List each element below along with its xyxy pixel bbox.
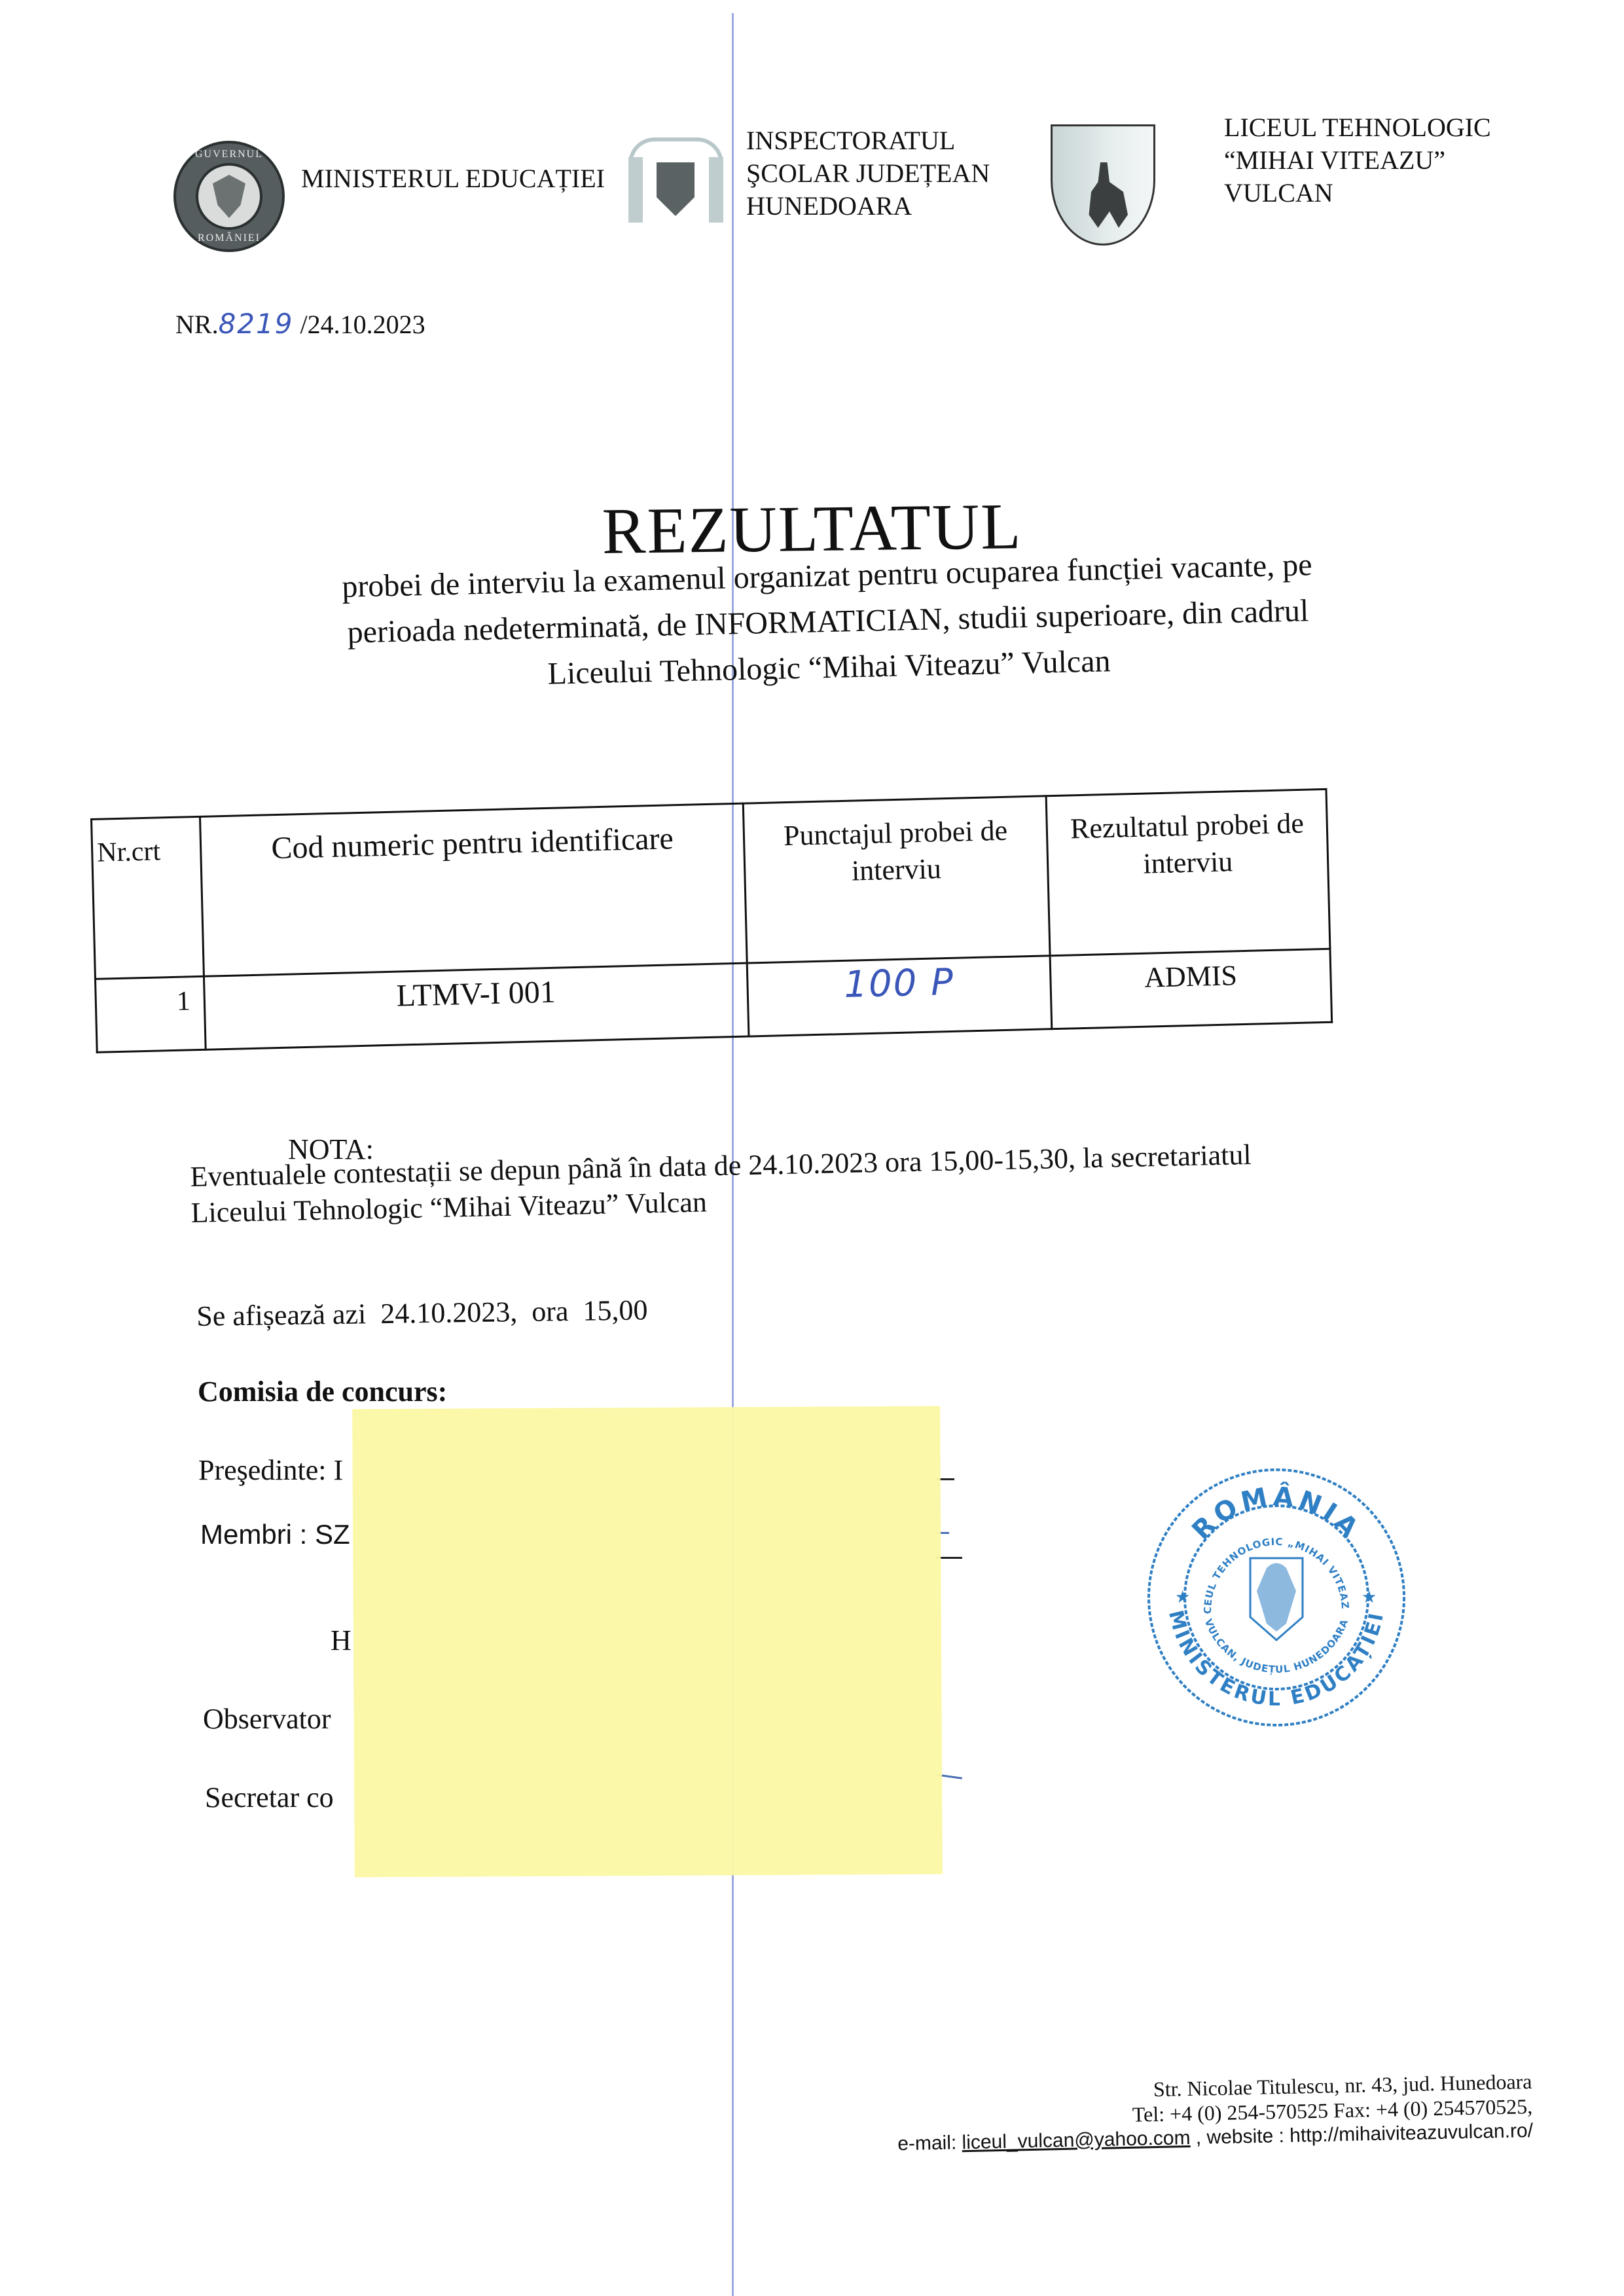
svg-text:★: ★ xyxy=(1362,1588,1377,1607)
nota-text: Eventualele contestații se depun până în… xyxy=(190,1133,1435,1231)
inspectorate-name: INSPECTORATUL ŞCOLAR JUDEȚEAN HUNEDOARA xyxy=(746,124,990,223)
role-secretary: Secretar co xyxy=(205,1781,334,1814)
handwritten-score: 100 P xyxy=(844,961,955,1006)
commission-heading: Comisia de concurs: xyxy=(198,1375,447,1408)
document-subtitle: probei de interviu la examenul organizat… xyxy=(215,539,1441,704)
header-code: Cod numeric pentru identificare xyxy=(200,803,747,976)
svg-text:★: ★ xyxy=(1175,1588,1190,1607)
cell-result: ADMIS xyxy=(1050,949,1331,1029)
footer-contact: Str. Nicolae Titulescu, nr. 43, jud. Hun… xyxy=(812,2069,1533,2159)
cell-score: 100 P xyxy=(747,956,1052,1036)
government-seal-logo: GUVERNUL ROMÂNIEI xyxy=(173,141,285,252)
role-member-2: H xyxy=(331,1624,352,1657)
official-stamp: ROMÂNIA MINISTERUL EDUCAȚIEI LICEUL TEHN… xyxy=(1139,1460,1414,1735)
cell-code: LTMV-I 001 xyxy=(204,963,748,1049)
seal-text-bottom: ROMÂNIEI xyxy=(176,232,282,244)
ministry-name: MINISTERUL EDUCAȚIEI xyxy=(301,162,605,195)
role-members: Membri : SZ xyxy=(200,1519,350,1550)
horse-rider-icon xyxy=(1082,162,1128,228)
eagle-icon xyxy=(213,175,245,218)
posting-notice: Se afișează azi 24.10.2023, ora 15,00 xyxy=(196,1293,648,1333)
seal-text-top: GUVERNUL xyxy=(176,149,282,160)
email-link[interactable]: liceul_vulcan@yahoo.com xyxy=(962,2127,1191,2153)
header-result: Rezultatul probei de interviu xyxy=(1046,789,1330,955)
school-crest-logo xyxy=(1051,124,1155,246)
shield-icon xyxy=(657,162,695,216)
role-observer: Observator xyxy=(203,1702,331,1736)
table-header-row: Nr.crt Cod numeric pentru identificare P… xyxy=(92,789,1330,979)
cell-nr: 1 xyxy=(95,976,206,1052)
role-president: Preşedinte: I xyxy=(198,1453,343,1487)
inspectorate-logo xyxy=(628,137,723,223)
school-name: LICEUL TEHNOLOGIC “MIHAI VITEAZU” VULCAN xyxy=(1224,111,1491,210)
registration-number: NR.8219 /24.10.2023 xyxy=(175,308,425,340)
stamp-inner-top: LICEUL TEHNOLOGIC „MIHAI VITEAZU” xyxy=(1139,1460,1351,1614)
header-score: Punctajul probei de interviu xyxy=(743,796,1050,963)
header-nr: Nr.crt xyxy=(92,816,204,979)
registration-date: /24.10.2023 xyxy=(300,310,425,339)
redaction-overlay xyxy=(352,1406,943,1878)
svg-text:LICEUL TEHNOLOGIC „MIHAI VITEA: LICEUL TEHNOLOGIC „MIHAI VITEAZU” xyxy=(1139,1460,1351,1614)
results-table: Nr.crt Cod numeric pentru identificare P… xyxy=(90,788,1339,1053)
website-link[interactable]: http://mihaiviteazuvulcan.ro/ xyxy=(1290,2120,1533,2147)
handwritten-number: 8219 xyxy=(219,308,294,340)
